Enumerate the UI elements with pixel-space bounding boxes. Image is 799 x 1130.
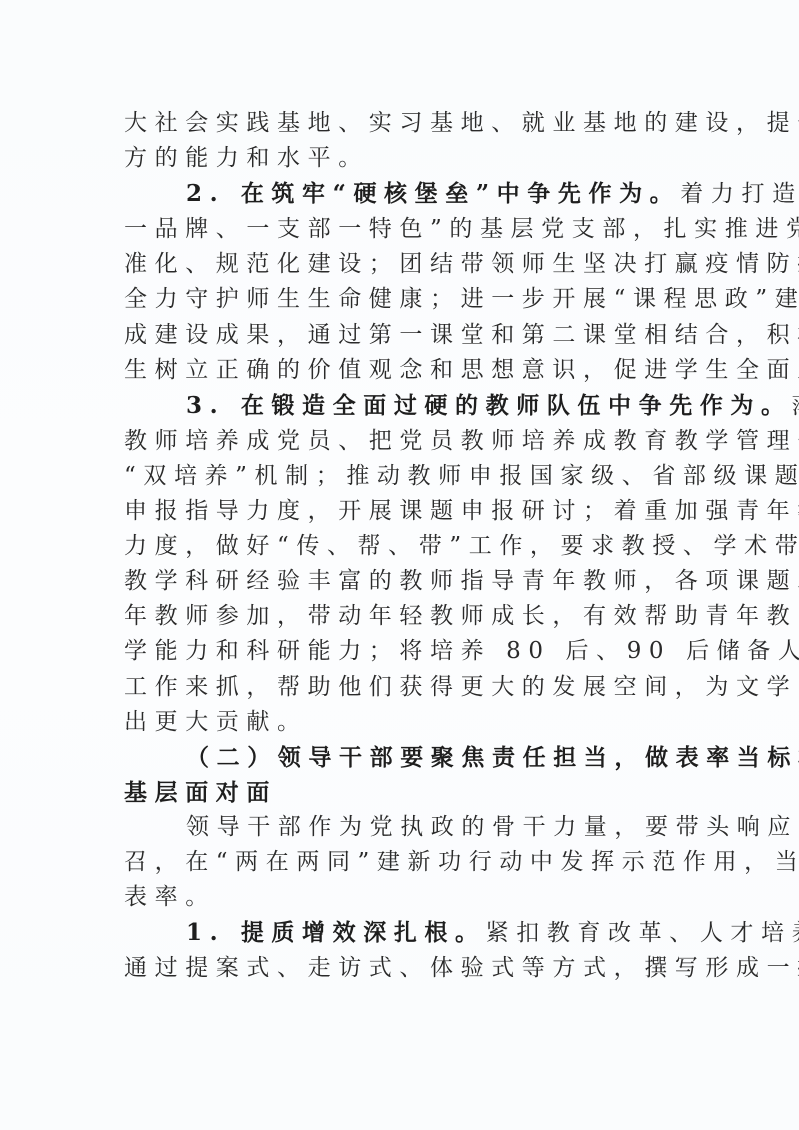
text-line: 申报指导力度，开展课题申报研讨；着重加强青年教师培养 — [124, 494, 690, 529]
heading-line: （二）领导干部要聚焦责任担当，做表率当标杆，深入 — [124, 740, 690, 775]
item-2-lead: 2. 在筑牢“硬核堡垒”中争先作为。 — [186, 180, 680, 207]
text-line: 学能力和科研能力；将培养 80 后、90 后储备人才作为重点 — [124, 634, 690, 669]
text-line: 通过提案式、走访式、体验式等方式，撰写形成一批高质量 — [124, 951, 690, 986]
text-line: 领导干部作为党执政的骨干力量，要带头响应党中央号 — [124, 810, 690, 845]
paragraph-item-1: 1. 提质增效深扎根。紧扣教育改革、人才培养等主题， 通过提案式、走访式、体验式… — [124, 915, 690, 986]
paragraph-item-3: 3. 在锻造全面过硬的教师队伍中争先作为。落实把骨干 教师培养成党员、把党员教师… — [124, 388, 690, 740]
text-line: 召，在“两在两同”建新功行动中发挥示范作用，当好标杆 — [124, 845, 690, 880]
text-line: 年教师参加，带动年轻教师成长，有效帮助青年教师提升教 — [124, 599, 690, 634]
text-line: 3. 在锻造全面过硬的教师队伍中争先作为。落实把骨干 — [124, 388, 690, 424]
item-1-lead: 1. 提质增效深扎根。 — [186, 919, 486, 946]
document-page: 大社会实践基地、实习基地、就业基地的建设，提升服务地 方的能力和水平。 2. 在… — [0, 0, 799, 1130]
section-heading-2: （二）领导干部要聚焦责任担当，做表率当标杆，深入 基层面对面 — [124, 740, 690, 810]
text-line: 成建设成果，通过第一课堂和第二课堂相结合，积极引导学 — [124, 318, 690, 353]
paragraph-item-2: 2. 在筑牢“硬核堡垒”中争先作为。着力打造“一支部 一品牌、一支部一特色”的基… — [124, 176, 690, 388]
text-line: 大社会实践基地、实习基地、就业基地的建设，提升服务地 — [124, 106, 690, 141]
text-line: 一品牌、一支部一特色”的基层党支部，扎实推进党支部标 — [124, 212, 690, 247]
item-1-text: 紧扣教育改革、人才培养等主题， — [486, 920, 799, 946]
paragraph-leaders: 领导干部作为党执政的骨干力量，要带头响应党中央号 召，在“两在两同”建新功行动中… — [124, 810, 690, 915]
text-line: 表率。 — [124, 880, 690, 915]
text-line: 力度，做好“传、帮、带”工作，要求教授、学术带头人和 — [124, 529, 690, 564]
text-line: “双培养”机制；推动教师申报国家级、省部级课题，加强 — [124, 459, 690, 494]
paragraph-continuation: 大社会实践基地、实习基地、就业基地的建设，提升服务地 方的能力和水平。 — [124, 106, 690, 176]
document-body: 大社会实践基地、实习基地、就业基地的建设，提升服务地 方的能力和水平。 2. 在… — [124, 106, 690, 986]
heading-line: 基层面对面 — [124, 775, 690, 810]
item-3-text: 落实把骨干 — [792, 393, 799, 419]
text-line: 全力守护师生生命健康；进一步开展“课程思政”建设，形 — [124, 282, 690, 317]
text-line: 教学科研经验丰富的教师指导青年教师，各项课题尽量让青 — [124, 564, 690, 599]
item-3-lead: 3. 在锻造全面过硬的教师队伍中争先作为。 — [186, 392, 792, 419]
text-line: 工作来抓，帮助他们获得更大的发展空间，为文学院发展做 — [124, 670, 690, 705]
item-2-text: 着力打造“一支部 — [680, 181, 799, 207]
text-line: 1. 提质增效深扎根。紧扣教育改革、人才培养等主题， — [124, 915, 690, 951]
text-line: 准化、规范化建设；团结带领师生坚决打赢疫情防控阻击战， — [124, 247, 690, 282]
text-line: 生树立正确的价值观念和思想意识，促进学生全面发展。 — [124, 353, 690, 388]
text-line: 2. 在筑牢“硬核堡垒”中争先作为。着力打造“一支部 — [124, 176, 690, 212]
text-line: 教师培养成党员、把党员教师培养成教育教学管理骨干的 — [124, 424, 690, 459]
text-line: 出更大贡献。 — [124, 705, 690, 740]
text-line: 方的能力和水平。 — [124, 141, 690, 176]
